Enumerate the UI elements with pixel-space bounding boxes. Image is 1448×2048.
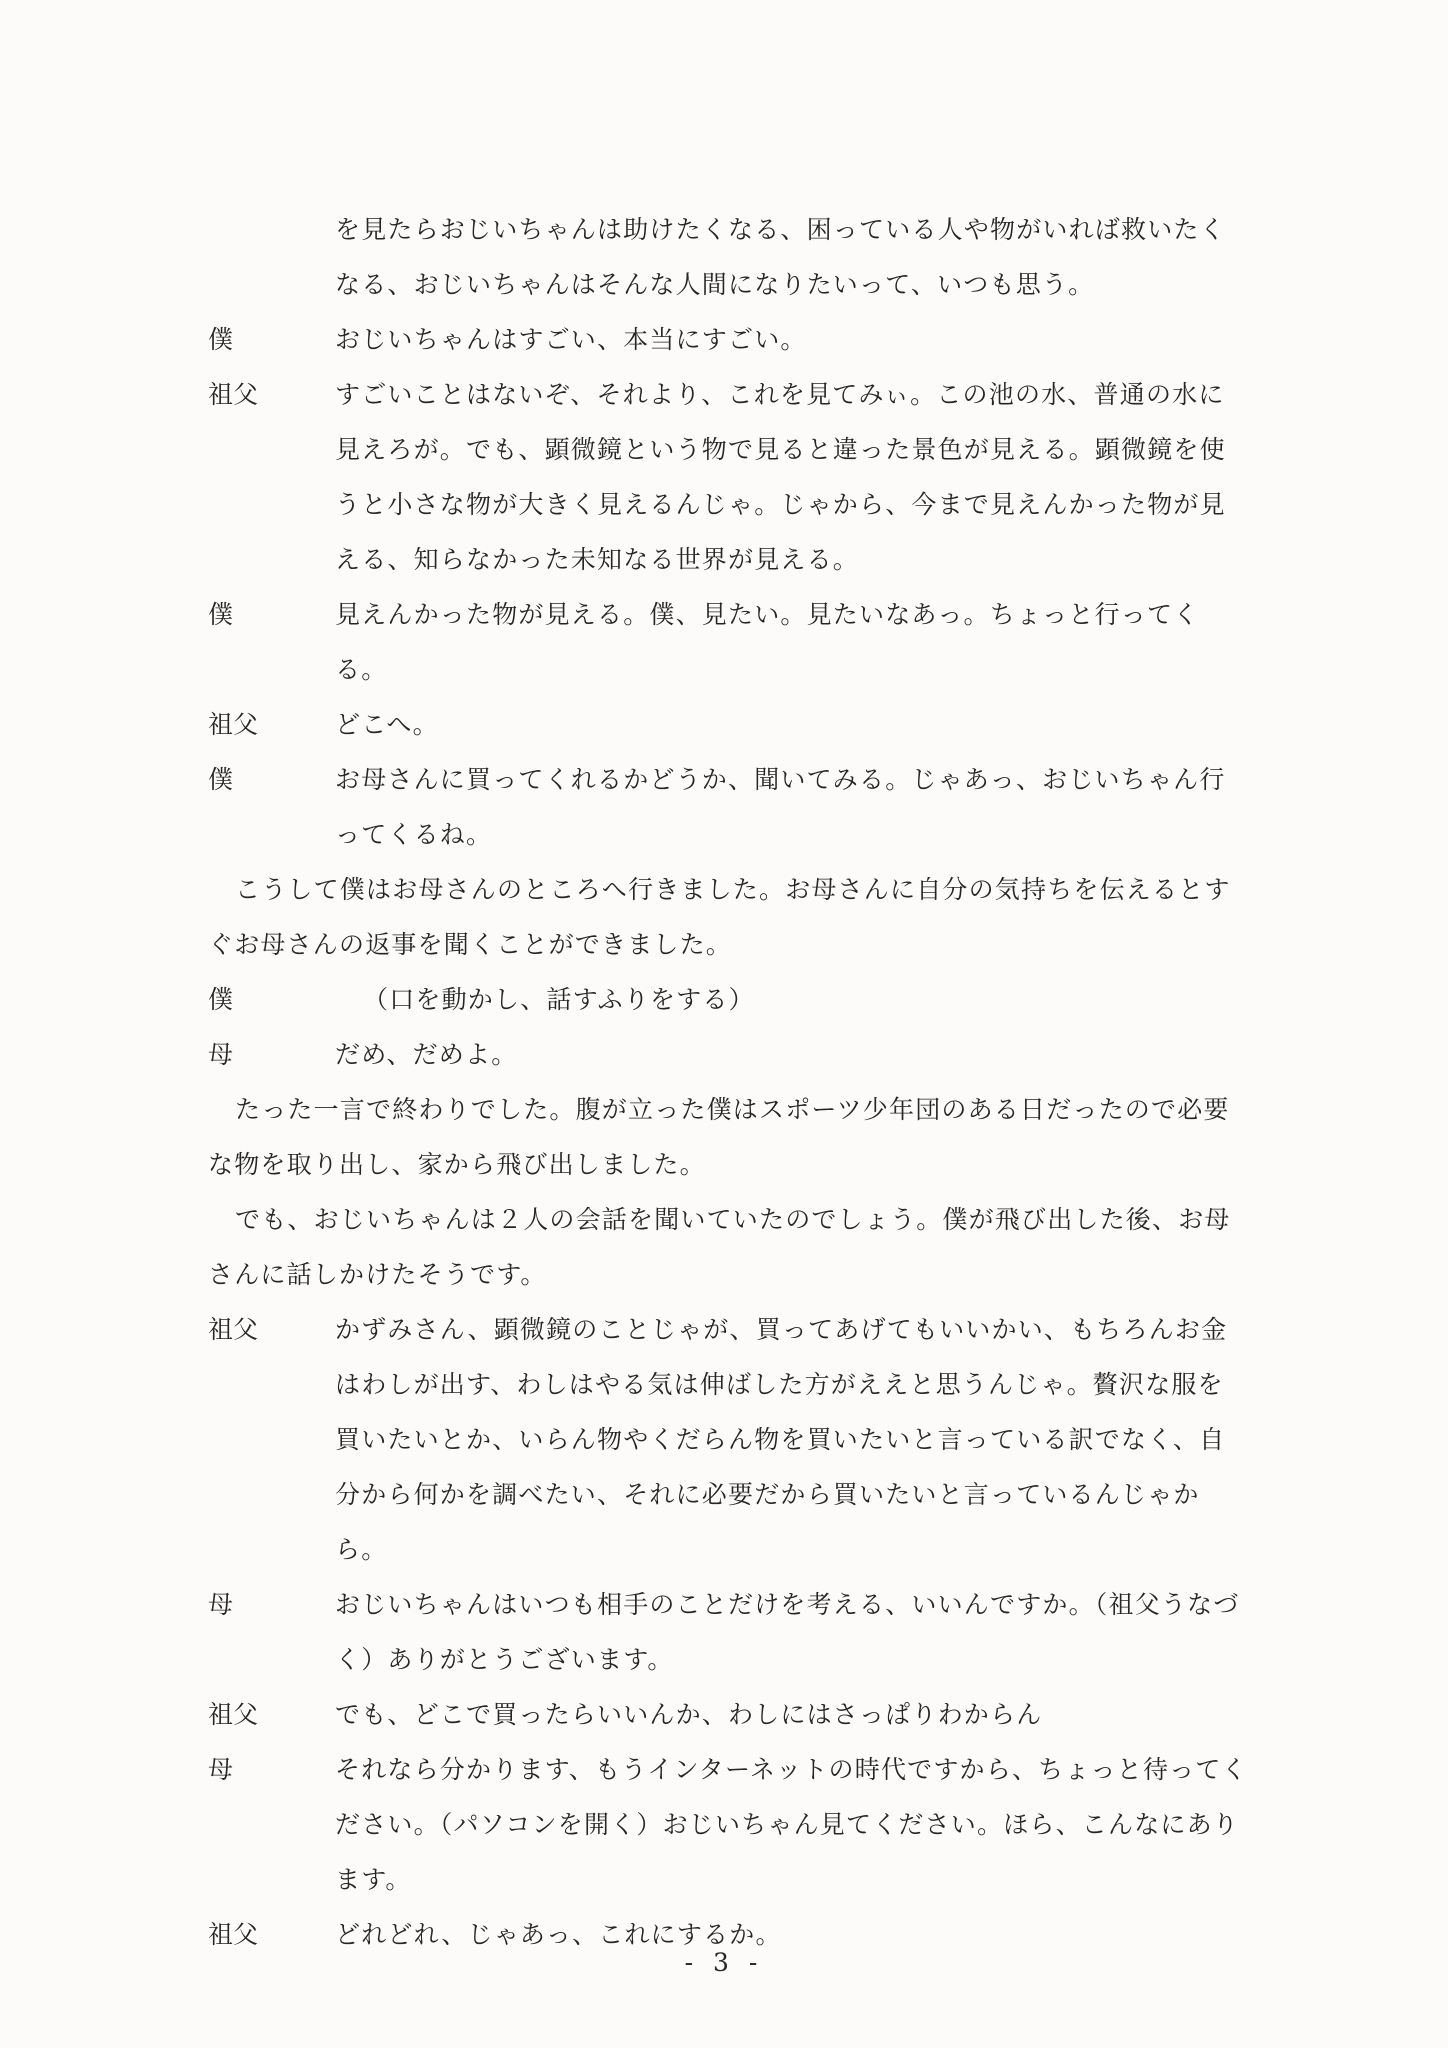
document-page: を見たらおじいちゃんは助けたくなる、困っている人や物がいれば救いたくなる、おじい…	[0, 0, 1448, 2048]
stage-direction-text: （口を動かし、話すふりをする）	[335, 972, 1248, 1027]
speaker-label: 祖父	[208, 1302, 335, 1577]
page-number: - 3 -	[0, 1948, 1448, 1977]
dialogue-line: 祖父 どこへ。	[208, 697, 1248, 752]
narration-paragraph: でも、おじいちゃんは２人の会話を聞いていたのでしょう。僕が飛び出した後、お母さん…	[208, 1192, 1248, 1302]
speaker-label: 母	[208, 1742, 335, 1907]
dialogue-line: 僕 見えんかった物が見える。僕、見たい。見たいなあっ。ちょっと行ってくる。	[208, 587, 1248, 697]
dialogue-line: 母 おじいちゃんはいつも相手のことだけを考える、いいんですか。（祖父うなづく）あ…	[208, 1577, 1248, 1687]
speaker-label: 僕	[208, 972, 335, 1027]
speaker-label: 僕	[208, 587, 335, 697]
speech-text: それなら分かります、もうインターネットの時代ですから、ちょっと待ってください。（…	[335, 1742, 1248, 1907]
speaker-label: 僕	[208, 752, 335, 862]
speaker-label: 母	[208, 1027, 335, 1082]
dialogue-line: 僕 お母さんに買ってくれるかどうか、聞いてみる。じゃあっ、おじいちゃん行ってくる…	[208, 752, 1248, 862]
speech-text: おじいちゃんはすごい、本当にすごい。	[335, 312, 1248, 367]
speech-text: かずみさん、顕微鏡のことじゃが、買ってあげてもいいかい、もちろんお金はわしが出す…	[335, 1302, 1248, 1577]
speech-text: だめ、だめよ。	[335, 1027, 1248, 1082]
speech-text: でも、どこで買ったらいいんか、わしにはさっぱりわからん	[335, 1687, 1248, 1742]
speech-text: どこへ。	[335, 697, 1248, 752]
narration-paragraph: こうして僕はお母さんのところへ行きました。お母さんに自分の気持ちを伝えるとすぐお…	[208, 862, 1248, 972]
speaker-label: 母	[208, 1577, 335, 1687]
speech-text: すごいことはないぞ、それより、これを見てみぃ。この池の水、普通の水に見えろが。で…	[335, 367, 1248, 587]
speaker-label: 僕	[208, 312, 335, 367]
speaker-label: 祖父	[208, 1687, 335, 1742]
dialogue-continuation: を見たらおじいちゃんは助けたくなる、困っている人や物がいれば救いたくなる、おじい…	[208, 202, 1248, 312]
speech-text: 見えんかった物が見える。僕、見たい。見たいなあっ。ちょっと行ってくる。	[335, 587, 1248, 697]
speech-text: お母さんに買ってくれるかどうか、聞いてみる。じゃあっ、おじいちゃん行ってくるね。	[335, 752, 1248, 862]
dialogue-line: 祖父 かずみさん、顕微鏡のことじゃが、買ってあげてもいいかい、もちろんお金はわし…	[208, 1302, 1248, 1577]
dialogue-line: 祖父 でも、どこで買ったらいいんか、わしにはさっぱりわからん	[208, 1687, 1248, 1742]
dialogue-line: 母 だめ、だめよ。	[208, 1027, 1248, 1082]
speech-text: を見たらおじいちゃんは助けたくなる、困っている人や物がいれば救いたくなる、おじい…	[335, 215, 1226, 299]
script-body: を見たらおじいちゃんは助けたくなる、困っている人や物がいれば救いたくなる、おじい…	[208, 202, 1248, 1962]
speaker-label: 祖父	[208, 697, 335, 752]
dialogue-line: 僕 おじいちゃんはすごい、本当にすごい。	[208, 312, 1248, 367]
dialogue-line: 母 それなら分かります、もうインターネットの時代ですから、ちょっと待ってください…	[208, 1742, 1248, 1907]
dialogue-line: 祖父 すごいことはないぞ、それより、これを見てみぃ。この池の水、普通の水に見えろ…	[208, 367, 1248, 587]
narration-paragraph: たった一言で終わりでした。腹が立った僕はスポーツ少年団のある日だったので必要な物…	[208, 1082, 1248, 1192]
stage-direction-line: 僕 （口を動かし、話すふりをする）	[208, 972, 1248, 1027]
speech-text: おじいちゃんはいつも相手のことだけを考える、いいんですか。（祖父うなづく）ありが…	[335, 1577, 1248, 1687]
speaker-label: 祖父	[208, 367, 335, 587]
